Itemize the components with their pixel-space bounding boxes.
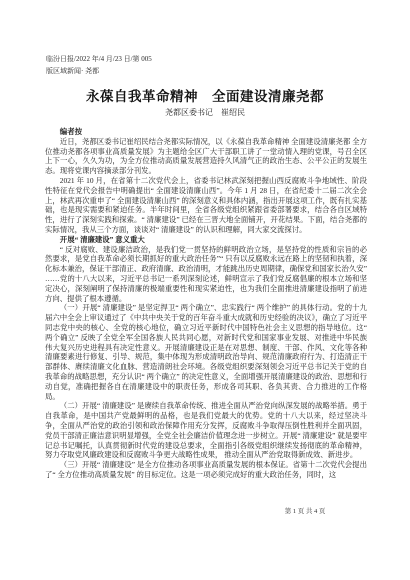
article-paragraph: 2021 年 10 月，在省第十二次党代会上，省委书记林武深刻把握山西反腐败斗争…: [45, 176, 367, 235]
article-paragraph: （二）开展“ 清廉建设” 是赓续自我革命传统、推进全面从严治党向纵深发展的战略举…: [45, 401, 367, 460]
masthead-source-line: 临汾日报/2022 年/4 月/23 日/第 005: [46, 54, 152, 66]
article-paragraph: （三）开展“ 清廉建设” 是全方位推动各项事业高质量发展的根本保证。省第十二次党…: [45, 460, 367, 480]
page-number-footer: 第 1 页 共 4 页: [250, 506, 360, 515]
article-paragraph: （一）开展“ 清廉建设” 是坚定捍卫“ 两个确立”、忠实践行“ 两个维护” 的具…: [45, 303, 367, 401]
article-title: 永葆自我革命精神 全面建设清廉尧都: [0, 85, 410, 105]
masthead-section-line: 版区域新闻· 尧都: [46, 66, 152, 78]
masthead: 临汾日报/2022 年/4 月/23 日/第 005 版区域新闻· 尧都: [46, 54, 152, 77]
article-paragraph: 近日，尧都区委书记崔绍民结合尧都实际情况，以《永葆自我革命精神 全面建设清廉尧都…: [45, 137, 367, 176]
article-body: 编者按 近日，尧都区委书记崔绍民结合尧都实际情况，以《永葆自我革命精神 全面建设…: [45, 127, 367, 480]
document-page: 临汾日报/2022 年/4 月/23 日/第 005 版区域新闻· 尧都 永葆自…: [0, 0, 410, 580]
article-byline: 尧都区委书记 崔绍民: [0, 107, 410, 118]
section-subheading: 开展“ 清廉建设” 意义重大: [45, 235, 367, 245]
article-paragraph: “ 反对腐败、建设廉洁政治，是我们党一贯坚持的鲜明政治立场，是坚持党的性质和宗旨…: [45, 245, 367, 304]
editor-note-label: 编者按: [45, 127, 367, 137]
